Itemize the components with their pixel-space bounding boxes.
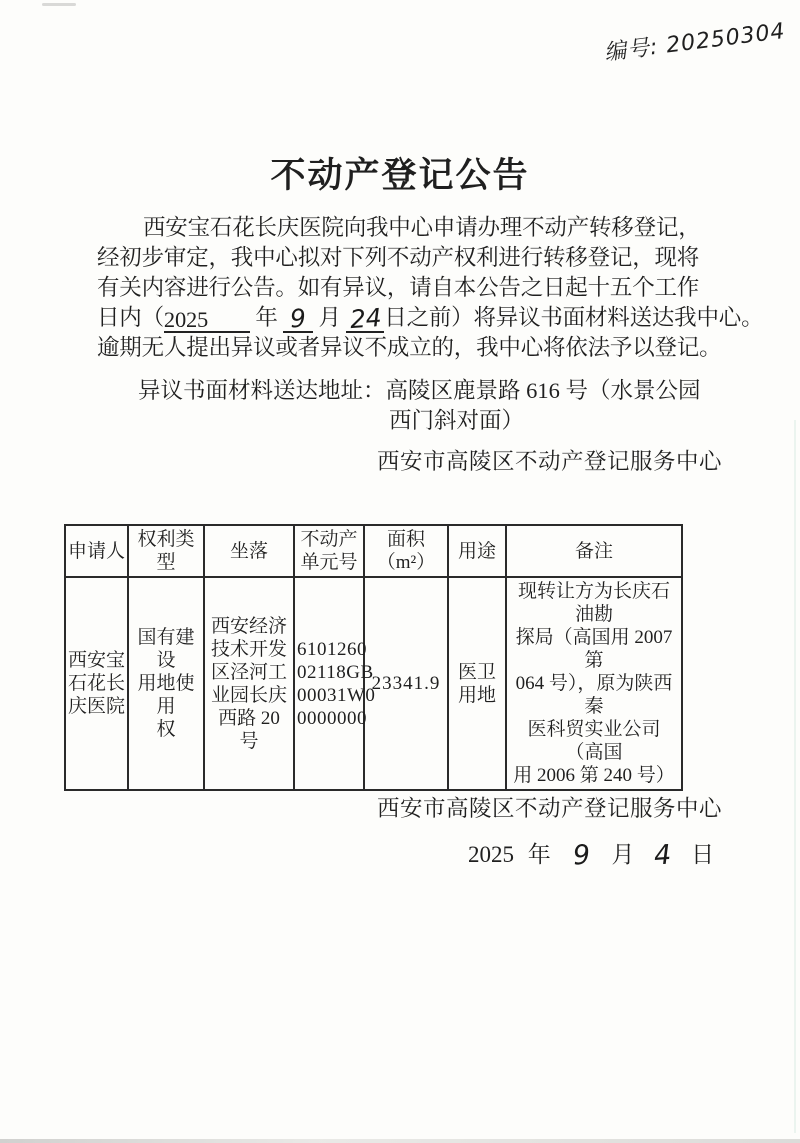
scan-edge-artifact-bottom [0, 1139, 800, 1143]
body-line-4-pre: 日内（ [97, 305, 164, 330]
month-blank: 9 [283, 305, 313, 333]
objection-address-label: 异议书面材料送达地址： [138, 378, 386, 403]
handwritten-number-note: 编号: 20250304 [602, 14, 787, 67]
body-line-4: 日内（2025 年 9 月 24日之前）将异议书面材料送达我中心。 [97, 303, 721, 333]
header-applicant: 申请人 [65, 525, 128, 577]
scanned-document-page: 编号: 20250304 不动产登记公告 西安宝石花长庆医院向我中心申请办理不动… [0, 0, 800, 1143]
footer-date: 2025 年 9 月 4 日 [468, 836, 714, 869]
cell-area: 23341.9 [364, 577, 448, 790]
cell-unit-number: 6101260 02118GB 00031W0 0000000 [294, 577, 364, 790]
body-line-1: 西安宝石花长庆医院向我中心申请办理不动产转移登记， [97, 213, 721, 243]
cell-location: 西安经济 技术开发 区泾河工 业园长庆 西路 20 号 [204, 577, 294, 790]
footer-org-signature: 西安市高陵区不动产登记服务中心 [377, 791, 722, 823]
issuing-org-signature: 西安市高陵区不动产登记服务中心 [377, 444, 722, 476]
handwritten-month: 9 [289, 306, 306, 331]
cell-right-type: 国有建设 用地使用 权 [128, 577, 204, 790]
announcement-body: 西安宝石花长庆医院向我中心申请办理不动产转移登记， 经初步审定，我中心拟对下列不… [97, 213, 721, 363]
handwritten-date-day: 4 [653, 843, 672, 868]
header-right-type: 权利类型 [128, 525, 204, 577]
cell-usage: 医卫 用地 [448, 577, 506, 790]
date-year-label: 年 [528, 836, 551, 869]
document-title: 不动产登记公告 [0, 148, 800, 198]
year-blank: 2025 [164, 305, 250, 333]
body-line-4-post: 日之前）将异议书面材料送达我中心。 [384, 305, 763, 330]
date-day-label: 日 [691, 836, 714, 869]
scan-edge-artifact-right [794, 420, 796, 1133]
header-remark: 备注 [506, 525, 682, 577]
body-line-2: 经初步审定，我中心拟对下列不动产权利进行转移登记，现将 [97, 243, 721, 273]
header-unit-number: 不动产 单元号 [294, 525, 364, 577]
year-label: 年 [255, 305, 277, 330]
month-label: 月 [319, 305, 341, 330]
cell-remark: 现转让方为长庆石油勘 探局（高国用 2007 第 064 号），原为陕西秦 医科… [506, 577, 682, 790]
handwritten-date-month: 9 [572, 843, 591, 868]
table-header-row: 申请人 权利类型 坐落 不动产 单元号 面积 （m²） 用途 备注 [65, 525, 682, 577]
handwritten-day: 24 [349, 306, 382, 332]
header-usage: 用途 [448, 525, 506, 577]
header-location: 坐落 [204, 525, 294, 577]
body-line-3: 有关内容进行公告。如有异议，请自本公告之日起十五个工作 [97, 273, 721, 303]
body-line-5: 逾期无人提出异议或者异议不成立的，我中心将依法予以登记。 [97, 333, 721, 363]
objection-address-value: 高陵区鹿景路 616 号（水景公园 [386, 378, 701, 403]
property-registration-table: 申请人 权利类型 坐落 不动产 单元号 面积 （m²） 用途 备注 西安宝 石花… [64, 524, 683, 791]
objection-address-continued: 西门斜对面） [389, 403, 524, 435]
year-value: 2025 [164, 307, 208, 332]
objection-address-line: 异议书面材料送达地址：高陵区鹿景路 616 号（水景公园 [138, 373, 701, 405]
day-blank: 24 [346, 305, 384, 333]
table-row: 西安宝 石花长 庆医院 国有建设 用地使用 权 西安经济 技术开发 区泾河工 业… [65, 577, 682, 790]
cell-applicant: 西安宝 石花长 庆医院 [65, 577, 128, 790]
date-month-label: 月 [611, 836, 634, 869]
date-year: 2025 [468, 842, 514, 868]
header-area: 面积 （m²） [364, 525, 448, 577]
scan-smudge-artifact [42, 3, 76, 6]
